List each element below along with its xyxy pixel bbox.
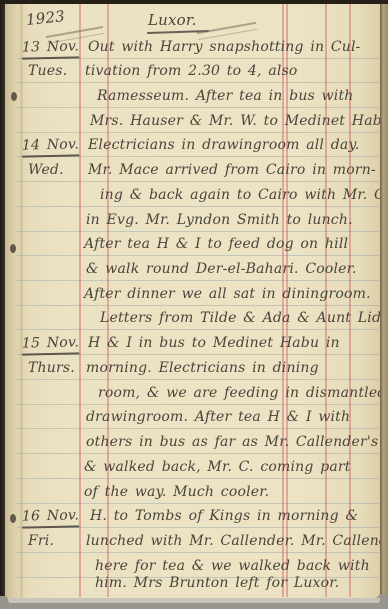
journal-line-text: Mr. Mace arrived from Cairo in morn- — [88, 161, 376, 180]
page-stack-edge — [380, 3, 388, 594]
journal-line-text: others in bus as far as Mr. Callender's — [86, 433, 378, 452]
journal-line-text: Letters from Tilde & Ada & Aunt Lida. — [100, 309, 388, 328]
journal-line-text: Ramesseum. After tea in bus with — [97, 87, 354, 106]
journal-line-text: ing & back again to Cairo with Mr. C. — [100, 186, 388, 205]
entry-day-label: Fri. — [28, 532, 54, 551]
journal-line-text: H & I in bus to Medinet Habu in — [88, 334, 340, 353]
journal-line-text: & walk round Der-el-Bahari. Cooler. — [86, 260, 357, 279]
journal-line-text: H. to Tombs of Kings in morning & — [90, 507, 358, 526]
year-label: 1923 — [25, 7, 66, 30]
journal-line-text: morning. Electricians in dining — [86, 359, 319, 378]
journal-line-text: lunched with Mr. Callender. Mr. Callende… — [86, 532, 388, 551]
entry-date-label: 15 Nov. — [22, 333, 79, 355]
margin-line-left-outer — [79, 4, 81, 597]
journal-line-text: room, & we are feeding in dismantled — [98, 384, 387, 403]
page-title: Luxor. — [148, 11, 197, 30]
entry-day-label: Thurs. — [28, 359, 75, 378]
journal-line-text: Electricians in drawingroom all day. — [88, 136, 359, 155]
journal-line-text: After dinner we all sat in diningroom. — [84, 285, 371, 304]
entry-date-label: 13 Nov. — [22, 37, 79, 59]
next-page-edge — [8, 598, 380, 603]
entry-day-label: Wed. — [28, 161, 64, 180]
journal-line-text: drawingroom. After tea H & I with — [86, 408, 350, 427]
binding-mark — [10, 244, 16, 253]
scan-background-top — [0, 0, 388, 4]
binding-mark — [10, 514, 16, 523]
binding-mark — [11, 92, 17, 101]
entry-day-label: Tues. — [28, 62, 67, 81]
binding-edge — [0, 0, 5, 596]
journal-line-text: of the way. Much cooler. — [84, 483, 269, 502]
journal-line-text: Out with Harry snapshotting in Cul- — [88, 38, 361, 57]
journal-line-text: him. Mrs Brunton left for Luxor. — [95, 574, 339, 593]
entry-date-label: 16 Nov. — [22, 507, 79, 529]
journal-line-text: tivation from 2.30 to 4, also — [85, 62, 298, 81]
journal-line-text: in Evg. Mr. Lyndon Smith to lunch. — [86, 211, 353, 230]
journal-line-text: Mrs. Hauser & Mr. W. to Medinet Habu. — [90, 112, 388, 131]
journal-line-text: After tea H & I to feed dog on hill — [84, 235, 348, 254]
scanned-diary-photo: 1923 Luxor. 13 Nov.Out with Harry snapsh… — [0, 0, 388, 609]
journal-line-text: here for tea & we walked back with — [95, 557, 370, 576]
journal-line-text: & walked back, Mr. C. coming part — [84, 458, 351, 477]
entry-date-label: 14 Nov. — [22, 136, 79, 158]
